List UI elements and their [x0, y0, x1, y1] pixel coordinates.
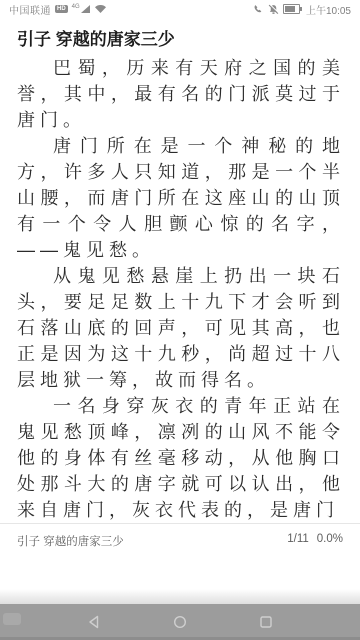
phone-screen: 中国联通 HD 4G 上午10:05 — [0, 0, 360, 640]
footer-chapter-label: 引子 穿越的唐家三少 — [17, 533, 124, 549]
progress-percent: 0.0% — [317, 533, 343, 545]
android-nav-bar — [0, 604, 360, 640]
reader-footer: 引子 穿越的唐家三少 1/11 0.0% — [0, 523, 360, 556]
home-icon[interactable] — [167, 609, 193, 635]
status-time: 上午10:05 — [306, 2, 351, 17]
battery-icon — [283, 4, 300, 14]
paragraph-2: 唐门所在是一个神秘的地方，许多人只知道，那是一个半山腰，而唐门所在这座山的山顶有… — [17, 133, 345, 263]
signal-4g-icon: 4G — [72, 5, 90, 13]
nav-collapse-handle[interactable] — [3, 613, 21, 625]
network-type-label: 4G — [72, 4, 80, 10]
phone-call-icon — [253, 4, 264, 15]
wifi-icon — [94, 4, 107, 14]
hd-icon: HD — [55, 5, 68, 13]
paragraph-4: 一名身穿灰衣的青年正站在鬼见愁顶峰，凛冽的山风不能令他的身体有丝毫移动，从他胸口… — [17, 393, 345, 523]
reader-content[interactable]: 引子 穿越的唐家三少 巴蜀，历来有天府之国的美誉，其中，最有名的门派莫过于唐门。… — [17, 18, 345, 523]
paragraph-1: 巴蜀，历来有天府之国的美誉，其中，最有名的门派莫过于唐门。 — [17, 55, 345, 133]
recents-icon[interactable] — [253, 609, 279, 635]
footer-right: 1/11 0.0% — [287, 533, 343, 545]
back-icon[interactable] — [81, 609, 107, 635]
paragraph-3: 从鬼见愁悬崖上扔出一块石头，要足足数上十九下才会听到石落山底的回声，可见其高，也… — [17, 263, 345, 393]
nav-shadow-strip — [0, 589, 360, 604]
chapter-title: 引子 穿越的唐家三少 — [17, 29, 345, 50]
status-bar-right: 上午10:05 — [253, 2, 351, 17]
status-bar: 中国联通 HD 4G 上午10:05 — [0, 0, 360, 18]
status-bar-left: 中国联通 HD 4G — [9, 2, 107, 17]
mute-icon — [268, 4, 279, 15]
page-indicator: 1/11 — [287, 533, 309, 545]
carrier-label: 中国联通 — [9, 2, 51, 17]
